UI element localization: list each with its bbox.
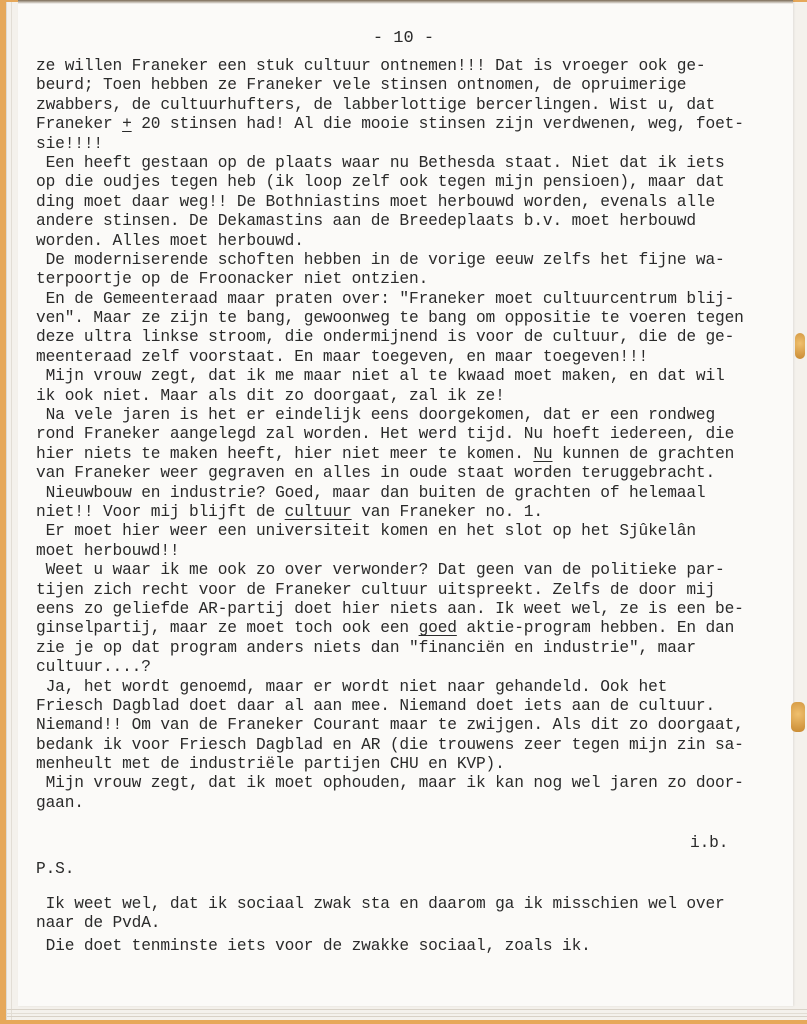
text-segment: ik ook niet. Maar als dit zo doorgaat, z…	[36, 387, 505, 405]
text-segment: Mijn vrouw zegt, dat ik me maar niet al …	[36, 367, 725, 385]
text-line: beurd; Toen hebben ze Franeker vele stin…	[36, 76, 786, 95]
text-segment: van Franeker no. 1.	[352, 503, 543, 521]
text-line: Mijn vrouw zegt, dat ik me maar niet al …	[36, 367, 786, 386]
text-line: Nieuwbouw en industrie? Goed, maar dan b…	[36, 484, 786, 503]
text-segment: meenteraad zelf voorstaat. En maar toege…	[36, 348, 648, 366]
binding-clip-icon	[791, 702, 805, 732]
text-segment: En de Gemeenteraad maar praten over: "Fr…	[36, 290, 734, 308]
underlined-word: cultuur	[285, 503, 352, 521]
text-line: De moderniserende schoften hebben in de …	[36, 251, 786, 270]
text-segment: Niemand!! Om van de Franeker Courant maa…	[36, 716, 744, 734]
text-segment: deze ultra linkse stroom, die ondermijne…	[36, 328, 734, 346]
text-segment: Een heeft gestaan op de plaats waar nu B…	[36, 154, 725, 172]
text-segment: eens zo geliefde AR-partij doet hier nie…	[36, 600, 744, 618]
text-segment: De moderniserende schoften hebben in de …	[36, 251, 725, 269]
text-line: ze willen Franeker een stuk cultuur ontn…	[36, 57, 786, 76]
text-line: tijen zich recht voor de Franeker cultuu…	[36, 581, 786, 600]
text-line: op die oudjes tegen heb (ik loop zelf oo…	[36, 173, 786, 192]
postscript-line: naar de PvdA.	[36, 914, 786, 933]
text-segment: andere stinsen. De Dekamastins aan de Br…	[36, 212, 696, 230]
underlined-word: Nu	[533, 445, 552, 463]
underlined-word: goed	[419, 619, 457, 637]
text-segment: kunnen de grachten	[552, 445, 734, 463]
postscript-line: Die doet tenminste iets voor de zwakke s…	[36, 937, 786, 956]
text-line: deze ultra linkse stroom, die ondermijne…	[36, 328, 786, 347]
text-segment: niet!! Voor mij blijft de	[36, 503, 285, 521]
text-segment: tijen zich recht voor de Franeker cultuu…	[36, 581, 715, 599]
underlined-word: +	[122, 115, 132, 133]
text-segment: ginselpartij, maar ze moet toch ook een	[36, 619, 419, 637]
text-segment: zie je op dat program anders niets dan "…	[36, 639, 696, 657]
text-line: rond Franeker aangelegd zal worden. Het …	[36, 425, 786, 444]
text-line: ik ook niet. Maar als dit zo doorgaat, z…	[36, 387, 786, 406]
text-line: moet herbouwd!!	[36, 542, 786, 561]
text-segment: Franeker	[36, 115, 122, 133]
text-line: andere stinsen. De Dekamastins aan de Br…	[36, 212, 786, 231]
text-line: meenteraad zelf voorstaat. En maar toege…	[36, 348, 786, 367]
text-segment: beurd; Toen hebben ze Franeker vele stin…	[36, 76, 686, 94]
text-line: Franeker + 20 stinsen had! Al die mooie …	[36, 115, 786, 134]
text-segment: ven". Maar ze zijn te bang, gewoonweg te…	[36, 309, 744, 327]
text-line: van Franeker weer gegraven en alles in o…	[36, 464, 786, 483]
postscript-line: Ik weet wel, dat ik sociaal zwak sta en …	[36, 895, 786, 914]
text-line: worden. Alles moet herbouwd.	[36, 232, 786, 251]
text-line: En de Gemeenteraad maar praten over: "Fr…	[36, 290, 786, 309]
binding-clip-icon	[795, 333, 805, 359]
text-line: ven". Maar ze zijn te bang, gewoonweg te…	[36, 309, 786, 328]
text-segment: moet herbouwd!!	[36, 542, 179, 560]
text-line: eens zo geliefde AR-partij doet hier nie…	[36, 600, 786, 619]
text-segment: op die oudjes tegen heb (ik loop zelf oo…	[36, 173, 725, 191]
postscript-body: Ik weet wel, dat ik sociaal zwak sta en …	[36, 895, 786, 956]
text-line: Er moet hier weer een universiteit komen…	[36, 522, 786, 541]
text-segment: cultuur....?	[36, 658, 151, 676]
text-line: ding moet daar weg!! De Bothniastins moe…	[36, 193, 786, 212]
text-segment: ze willen Franeker een stuk cultuur ontn…	[36, 57, 706, 75]
text-line: Friesch Dagblad doet daar al aan mee. Ni…	[36, 697, 786, 716]
text-line: hier niets te maken heeft, hier niet mee…	[36, 445, 786, 464]
text-line: cultuur....?	[36, 658, 786, 677]
text-segment: gaan.	[36, 794, 84, 812]
text-segment: Er moet hier weer een universiteit komen…	[36, 522, 696, 540]
text-segment: hier niets te maken heeft, hier niet mee…	[36, 445, 533, 463]
text-line: Na vele jaren is het er eindelijk eens d…	[36, 406, 786, 425]
text-line: Ja, het wordt genoemd, maar er wordt nie…	[36, 678, 786, 697]
text-segment: ding moet daar weg!! De Bothniastins moe…	[36, 193, 715, 211]
text-segment: aktie-program hebben. En dan	[457, 619, 734, 637]
page-top-edge	[18, 0, 793, 4]
text-segment: Mijn vrouw zegt, dat ik moet ophouden, m…	[36, 774, 744, 792]
text-segment: van Franeker weer gegraven en alles in o…	[36, 464, 715, 482]
page-number: - 10 -	[0, 29, 807, 48]
text-line: Niemand!! Om van de Franeker Courant maa…	[36, 716, 786, 735]
text-line: zie je op dat program anders niets dan "…	[36, 639, 786, 658]
text-segment: bedank ik voor Friesch Dagblad en AR (di…	[36, 736, 744, 754]
text-segment: Ja, het wordt genoemd, maar er wordt nie…	[36, 678, 667, 696]
text-segment: 20 stinsen had! Al die mooie stinsen zij…	[132, 115, 744, 133]
text-segment: worden. Alles moet herbouwd.	[36, 232, 304, 250]
text-line: terpoortje op de Froonacker niet ontzien…	[36, 270, 786, 289]
text-segment: Nieuwbouw en industrie? Goed, maar dan b…	[36, 484, 706, 502]
text-segment: terpoortje op de Froonacker niet ontzien…	[36, 270, 428, 288]
text-segment: menheult met de industriële partijen CHU…	[36, 755, 505, 773]
text-segment: Friesch Dagblad doet daar al aan mee. Ni…	[36, 697, 715, 715]
signature: i.b.	[690, 834, 770, 853]
text-segment: Na vele jaren is het er eindelijk eens d…	[36, 406, 715, 424]
text-line: gaan.	[36, 794, 786, 813]
text-segment: rond Franeker aangelegd zal worden. Het …	[36, 425, 734, 443]
document-body: ze willen Franeker een stuk cultuur ontn…	[36, 57, 786, 813]
text-segment: zwabbers, de cultuurhufters, de labberlo…	[36, 96, 715, 114]
text-line: ginselpartij, maar ze moet toch ook een …	[36, 619, 786, 638]
text-line: menheult met de industriële partijen CHU…	[36, 755, 786, 774]
text-segment: sie!!!!	[36, 135, 103, 153]
text-line: Mijn vrouw zegt, dat ik moet ophouden, m…	[36, 774, 786, 793]
postscript-label: P.S.	[36, 860, 786, 879]
text-line: Een heeft gestaan op de plaats waar nu B…	[36, 154, 786, 173]
text-line: sie!!!!	[36, 135, 786, 154]
text-line: niet!! Voor mij blijft de cultuur van Fr…	[36, 503, 786, 522]
text-segment: Weet u waar ik me ook zo over verwonder?…	[36, 561, 725, 579]
text-line: zwabbers, de cultuurhufters, de labberlo…	[36, 96, 786, 115]
text-line: bedank ik voor Friesch Dagblad en AR (di…	[36, 736, 786, 755]
text-line: Weet u waar ik me ook zo over verwonder?…	[36, 561, 786, 580]
